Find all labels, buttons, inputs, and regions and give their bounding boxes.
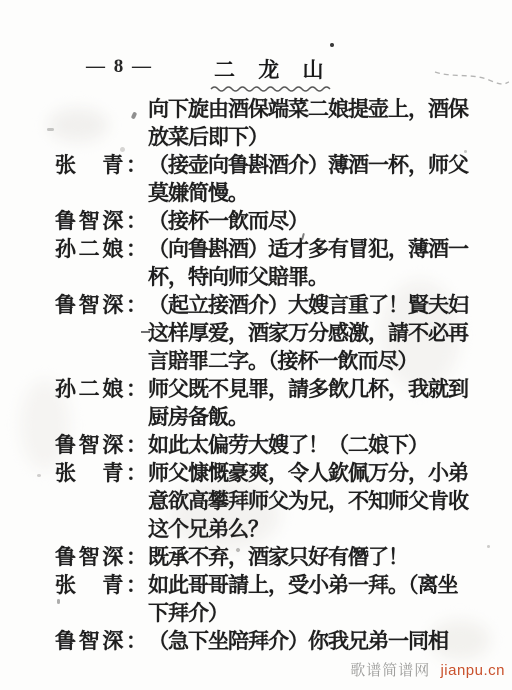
speaker-name: 张 青：: [55, 149, 147, 179]
scanned-script-page: — 8 — 二 龙 山 、 向下旋由酒保端菜二娘提壶上，酒保放菜后即下）张 青：…: [0, 0, 512, 690]
script-line: 鲁智深：既承不弃，酒家只好有僭了！: [55, 542, 495, 570]
script-line: 鲁智深：（急下坐陪拜介）你我兄弟一同相: [55, 626, 495, 654]
speaker-name: 鲁智深：: [55, 205, 147, 235]
speaker-name: 张 青：: [55, 457, 147, 487]
dialogue-text: 向下旋由酒保端菜二娘提壶上，酒保: [147, 93, 468, 123]
script-line: 张 青：如此哥哥請上，受小弟一拜。（离坐: [55, 570, 495, 598]
script-dialogue-block: 向下旋由酒保端菜二娘提壶上，酒保放菜后即下）张 青：（接壶向鲁斟酒介）薄酒一杯，…: [55, 94, 495, 654]
script-line: 杯，特向师父賠罪。: [55, 262, 495, 290]
script-line: 言賠罪二字。（接杯一飲而尽）: [55, 346, 495, 374]
speaker-name: 鲁智深：: [55, 429, 147, 459]
script-line: 张 青：（接壶向鲁斟酒介）薄酒一杯，师父: [55, 150, 495, 178]
dialogue-text: 杯，特向师父賠罪。: [147, 261, 328, 291]
script-line: 向下旋由酒保端菜二娘提壶上，酒保: [55, 94, 495, 122]
dialogue-text: 这个兄弟么？: [147, 513, 268, 543]
dialogue-text: （接杯一飲而尽）: [147, 205, 308, 235]
speaker-name: 张 青：: [55, 569, 147, 599]
scan-speck: [47, 128, 54, 131]
dialogue-text: 下拜介）: [147, 597, 228, 627]
dialogue-text: 厨房备飯。: [147, 401, 248, 431]
page-number: — 8 —: [86, 56, 153, 78]
script-line: 鲁智深：（接杯一飲而尽）: [55, 206, 495, 234]
script-line: 莫嫌简慢。: [55, 178, 495, 206]
script-line: 厨房备飯。: [55, 402, 495, 430]
dialogue-text: 师父既不見罪，請多飲几杯，我就到: [147, 373, 468, 403]
dialogue-text: （向鲁斟酒）适才多有冒犯，薄酒一: [147, 233, 468, 263]
script-line: 孙二娘：师父既不見罪，請多飲几杯，我就到: [55, 374, 495, 402]
script-line: 下拜介）: [55, 598, 495, 626]
dialogue-text: 言賠罪二字。（接杯一飲而尽）: [147, 345, 418, 375]
speaker-name: 鲁智深：: [55, 541, 147, 571]
dialogue-text: 放菜后即下）: [147, 121, 268, 151]
script-line: 张 青：师父慷慨豪爽，令人欽佩万分，小弟: [55, 458, 495, 486]
speaker-name: 鲁智深：: [55, 625, 147, 655]
script-line: 这个兄弟么？: [55, 514, 495, 542]
page-title: 二 龙 山: [214, 54, 326, 84]
dialogue-text: 师父慷慨豪爽，令人欽佩万分，小弟: [147, 457, 468, 487]
speaker-name: 孙二娘：: [55, 233, 147, 263]
dialogue-text: （接壶向鲁斟酒介）薄酒一杯，师父: [147, 149, 468, 179]
watermark-site-domain: jianpu.cn: [440, 662, 505, 679]
dialogue-text: 如此哥哥請上，受小弟一拜。（离坐: [147, 569, 458, 599]
watermark: 歌谱简谱网 jianpu.cn: [350, 659, 505, 680]
script-line: 鲁智深：如此太偏劳大嫂了！（二娘下）: [55, 430, 495, 458]
scan-speck: [37, 474, 41, 477]
dialogue-text: 莫嫌简慢。: [147, 177, 248, 207]
scan-speck: [330, 43, 334, 47]
speaker-name: 鲁智深：: [55, 289, 147, 319]
dialogue-text: 这样厚爱，酒家万分感激，請不必再: [147, 317, 468, 347]
dialogue-text: 意欲高攀拜师父为兄，不知师父肯收: [147, 485, 468, 515]
dialogue-text: 既承不弃，酒家只好有僭了！: [147, 541, 408, 571]
dialogue-text: （急下坐陪拜介）你我兄弟一同相: [147, 625, 448, 655]
dialogue-text: （起立接酒介）大嫂言重了！賢夫妇: [147, 289, 468, 319]
watermark-site-name: 歌谱简谱网: [350, 662, 430, 679]
speaker-name: 孙二娘：: [55, 373, 147, 403]
script-line: 鲁智深：（起立接酒介）大嫂言重了！賢夫妇: [55, 290, 495, 318]
pencil-squiggle-mark: [433, 66, 511, 88]
script-line: 放菜后即下）: [55, 122, 495, 150]
dialogue-text: 如此太偏劳大嫂了！（二娘下）: [147, 429, 428, 459]
script-line: 这样厚爱，酒家万分感激，請不必再: [55, 318, 495, 346]
script-line: 孙二娘：（向鲁斟酒）适才多有冒犯，薄酒一: [55, 234, 495, 262]
script-line: 意欲高攀拜师父为兄，不知师父肯收: [55, 486, 495, 514]
